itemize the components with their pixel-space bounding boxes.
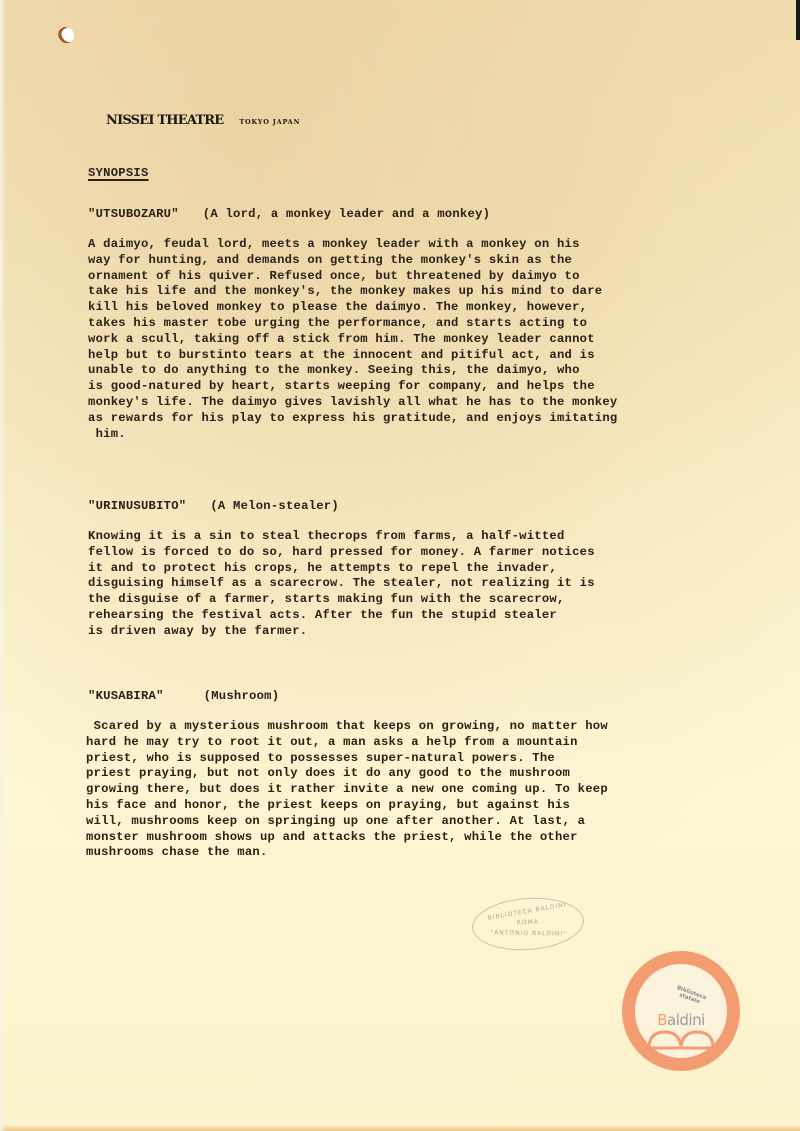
text-line: take his life and the monkey's, the monk… [88, 284, 778, 300]
section-body: A daimyo, feudal lord, meets a monkey le… [88, 237, 778, 442]
synopsis-section-kusabira: "KUSABIRA"(Mushroom) Scared by a mysteri… [88, 689, 778, 861]
section-heading: "UTSUBOZARU"(A lord, a monkey leader and… [88, 207, 778, 221]
text-line: ornament of his quiver. Refused once, bu… [88, 269, 778, 285]
play-subtitle: (Mushroom) [204, 689, 280, 703]
play-subtitle: (A lord, a monkey leader and a monkey) [203, 207, 490, 221]
text-line: is good-natured by heart, starts weeping… [88, 379, 778, 395]
logo-brand-initial: B [657, 1011, 667, 1029]
play-subtitle: (A Melon-stealer) [210, 499, 339, 513]
logo-inner-circle: Biblioteca statale Baldini [635, 964, 727, 1058]
play-title: "URINUSUBITO" [88, 499, 186, 513]
text-line: work a scull, taking off a stick from hi… [88, 332, 778, 348]
text-line: will, mushrooms keep on springing up one… [86, 814, 778, 830]
theatre-location: TOKYO JAPAN [239, 118, 300, 126]
text-line: unable to do anything to the monkey. See… [88, 363, 778, 379]
logo-brand-text: Baldini [635, 1011, 727, 1029]
baldini-library-logo: Biblioteca statale Baldini [622, 951, 740, 1071]
text-line: priest, who is supposed to possesses sup… [86, 751, 778, 767]
text-line: his face and honor, the priest keeps on … [86, 798, 778, 814]
section-body: Scared by a mysterious mushroom that kee… [86, 719, 778, 861]
text-line: Scared by a mysterious mushroom that kee… [86, 719, 778, 735]
text-line: mushrooms chase the man. [86, 845, 778, 861]
text-line: disguising himself as a scarecrow. The s… [88, 576, 778, 592]
text-line: it and to protect his crops, he attempts… [88, 561, 778, 577]
text-line: fellow is forced to do so, hard pressed … [88, 545, 778, 561]
text-line: monster mushroom shows up and attacks th… [86, 830, 778, 846]
play-title: "UTSUBOZARU" [88, 207, 179, 221]
synopsis-section-urinusubito: "URINUSUBITO"(A Melon-stealer) Knowing i… [88, 499, 778, 640]
play-title: "KUSABIRA" [88, 689, 164, 703]
text-line: A daimyo, feudal lord, meets a monkey le… [88, 237, 778, 253]
text-line: monkey's life. The daimyo gives lavishly… [88, 395, 778, 411]
section-heading: "KUSABIRA"(Mushroom) [88, 689, 778, 703]
text-line: as rewards for his play to express his g… [88, 411, 778, 427]
text-line: him. [88, 427, 778, 443]
text-line: kill his beloved monkey to please the da… [88, 300, 778, 316]
section-body: Knowing it is a sin to steal thecrops fr… [88, 529, 778, 640]
text-line: takes his master tobe urging the perform… [88, 316, 778, 332]
logo-small-text: Biblioteca statale [674, 985, 707, 1007]
text-line: Knowing it is a sin to steal thecrops fr… [88, 529, 778, 545]
section-heading: "URINUSUBITO"(A Melon-stealer) [88, 499, 778, 513]
theatre-name: NISSEI THEATRE [106, 113, 223, 128]
logo-brand-rest: aldini [667, 1011, 705, 1029]
text-line: the disguise of a farmer, starts making … [88, 592, 778, 608]
text-line: priest praying, but not only does it do … [86, 766, 778, 782]
paper-left-edge [0, 0, 6, 1131]
text-line: growing there, but does it rather invite… [86, 782, 778, 798]
open-book-icon [645, 1028, 717, 1050]
stamp-line-3: "ANTONIO BALDINI" [474, 929, 584, 938]
document-title: SYNOPSIS [88, 166, 149, 180]
text-line: help but to burstinto tears at the innoc… [88, 348, 778, 364]
text-line: is driven away by the farmer. [88, 624, 778, 640]
scan-edge-mark [796, 0, 800, 40]
letterhead: NISSEI THEATRE TOKYO JAPAN [106, 111, 300, 129]
text-line: rehearsing the festival acts. After the … [88, 608, 778, 624]
text-line: way for hunting, and demands on getting … [88, 253, 778, 269]
text-line: hard he may try to root it out, a man as… [86, 735, 778, 751]
synopsis-section-utsubozaru: "UTSUBOZARU"(A lord, a monkey leader and… [88, 207, 778, 442]
